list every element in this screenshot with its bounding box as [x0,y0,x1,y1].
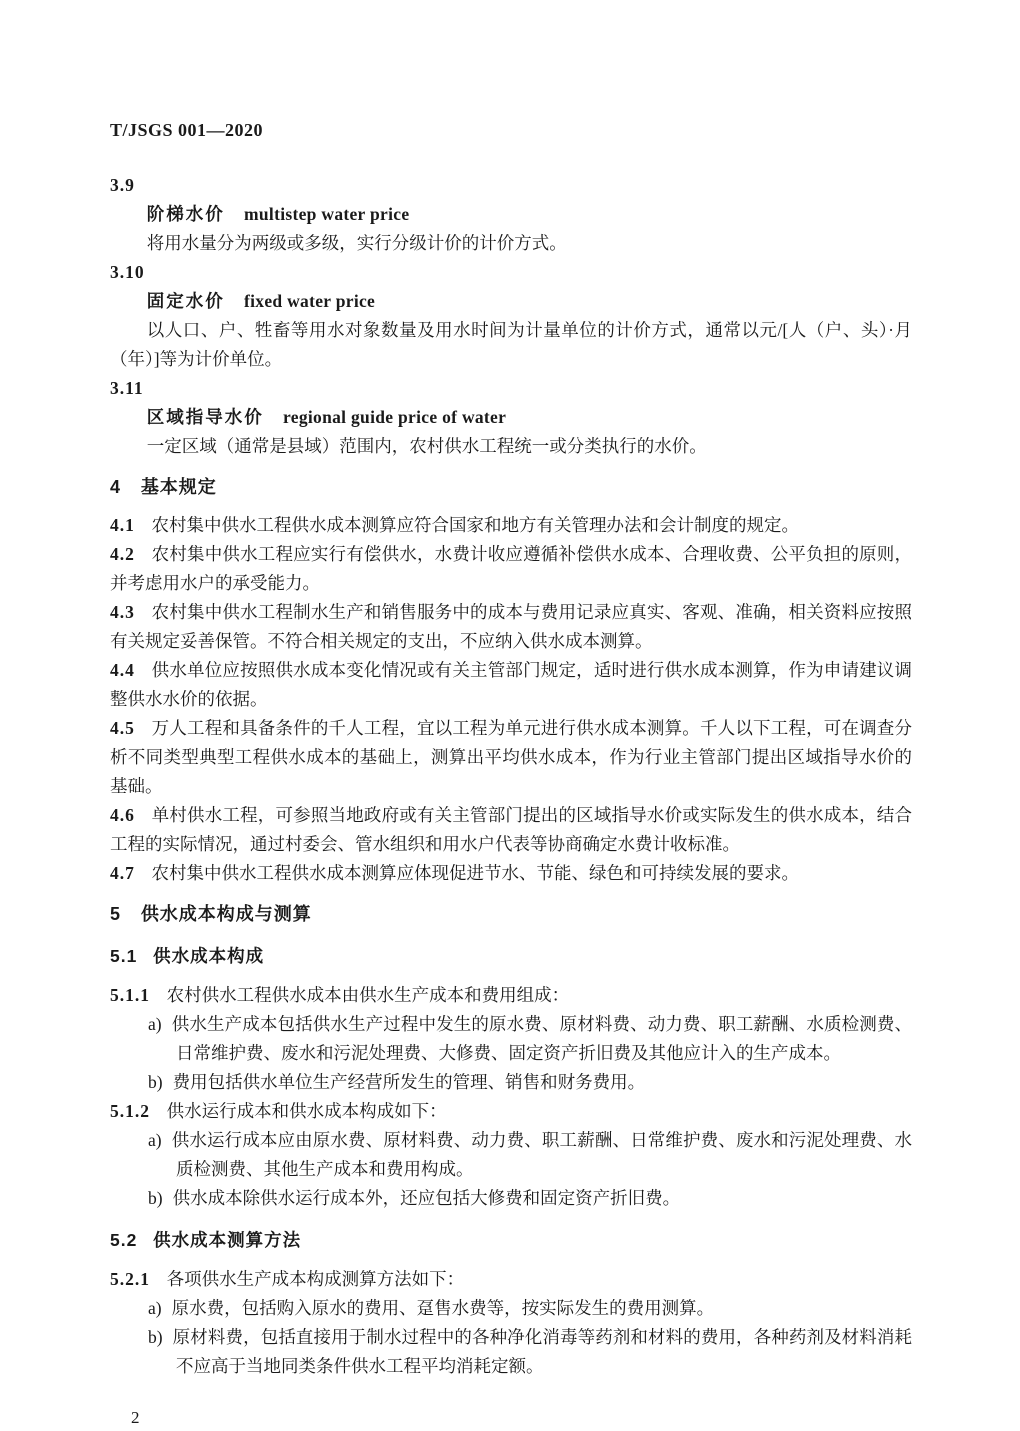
clause-4-4: 4.4供水单位应按照供水成本变化情况或有关主管部门规定，适时进行供水成本测算，作… [110,656,912,714]
term-title: 区域指导水价regional guide price of water [110,403,912,432]
page-number: 2 [110,1403,912,1431]
list-item-5-1-2-b: b)供水成本除供水运行成本外，还应包括大修费和固定资产折旧费。 [110,1184,912,1213]
subsection-5-2-heading: 5.2供水成本测算方法 [110,1226,912,1255]
term-number: 3.11 [110,374,912,403]
term-entry: 3.11 区域指导水价regional guide price of water… [110,374,912,461]
section-5-heading: 5供水成本构成与测算 [110,900,912,929]
term-entry: 3.9 阶梯水价multistep water price 将用水量分为两级或多… [110,171,912,258]
term-definition: 将用水量分为两级或多级，实行分级计价的计价方式。 [110,229,912,258]
clause-4-7: 4.7农村集中供水工程供水成本测算应体现促进节水、节能、绿色和可持续发展的要求。 [110,859,912,888]
term-title: 固定水价fixed water price [110,287,912,316]
clause-4-6: 4.6单村供水工程，可参照当地政府或有关主管部门提出的区域指导水价或实际发生的供… [110,801,912,859]
clause-4-1: 4.1农村集中供水工程供水成本测算应符合国家和地方有关管理办法和会计制度的规定。 [110,511,912,540]
section-4-heading: 4基本规定 [110,473,912,502]
list-item-5-1-1-b: b)费用包括供水单位生产经营所发生的管理、销售和财务费用。 [110,1068,912,1097]
term-chinese: 固定水价 [147,291,225,311]
term-english: fixed water price [244,291,375,311]
list-item-5-2-1-a: a)原水费，包括购入原水的费用、趸售水费等，按实际发生的费用测算。 [110,1294,912,1323]
term-chinese: 区域指导水价 [147,407,264,427]
subsection-5-1-heading: 5.1供水成本构成 [110,942,912,971]
document-page: T/JSGS 001—2020 3.9 阶梯水价multistep water … [0,0,1020,1431]
section-number: 4 [110,477,121,497]
section-4: 4基本规定 4.1农村集中供水工程供水成本测算应符合国家和地方有关管理办法和会计… [110,473,912,888]
clause-5-2-1: 5.2.1各项供水生产成本构成测算方法如下： [110,1265,912,1294]
section-title: 供水成本构成与测算 [141,904,312,924]
term-entry: 3.10 固定水价fixed water price 以人口、户、牲畜等用水对象… [110,258,912,374]
term-definition: 一定区域（通常是县域）范围内，农村供水工程统一或分类执行的水价。 [110,432,912,461]
term-number: 3.9 [110,171,912,200]
clause-4-2: 4.2农村集中供水工程应实行有偿供水，水费计收应遵循补偿供水成本、合理收费、公平… [110,540,912,598]
section-5: 5供水成本构成与测算 5.1供水成本构成 5.1.1农村供水工程供水成本由供水生… [110,900,912,1381]
list-item-5-1-1-a: a)供水生产成本包括供水生产过程中发生的原水费、原材料费、动力费、职工薪酬、水质… [110,1010,912,1068]
list-item-5-1-2-a: a)供水运行成本应由原水费、原材料费、动力费、职工薪酬、日常维护费、废水和污泥处… [110,1126,912,1184]
term-definition: 以人口、户、牲畜等用水对象数量及用水时间为计量单位的计价方式，通常以元/[人（户… [110,316,912,374]
standard-code: T/JSGS 001—2020 [110,116,912,145]
section-title: 基本规定 [141,477,217,497]
clause-4-5: 4.5万人工程和具备条件的千人工程，宜以工程为单元进行供水成本测算。千人以下工程… [110,714,912,801]
terms-section: 3.9 阶梯水价multistep water price 将用水量分为两级或多… [110,171,912,461]
term-english: multistep water price [244,204,409,224]
term-title: 阶梯水价multistep water price [110,200,912,229]
clause-5-1-1: 5.1.1农村供水工程供水成本由供水生产成本和费用组成： [110,981,912,1010]
term-chinese: 阶梯水价 [147,204,225,224]
term-number: 3.10 [110,258,912,287]
term-english: regional guide price of water [283,407,506,427]
list-item-5-2-1-b: b)原材料费，包括直接用于制水过程中的各种净化消毒等药剂和材料的费用，各种药剂及… [110,1323,912,1381]
clause-4-3: 4.3农村集中供水工程制水生产和销售服务中的成本与费用记录应真实、客观、准确，相… [110,598,912,656]
clause-5-1-2: 5.1.2供水运行成本和供水成本构成如下： [110,1097,912,1126]
section-number: 5 [110,904,121,924]
